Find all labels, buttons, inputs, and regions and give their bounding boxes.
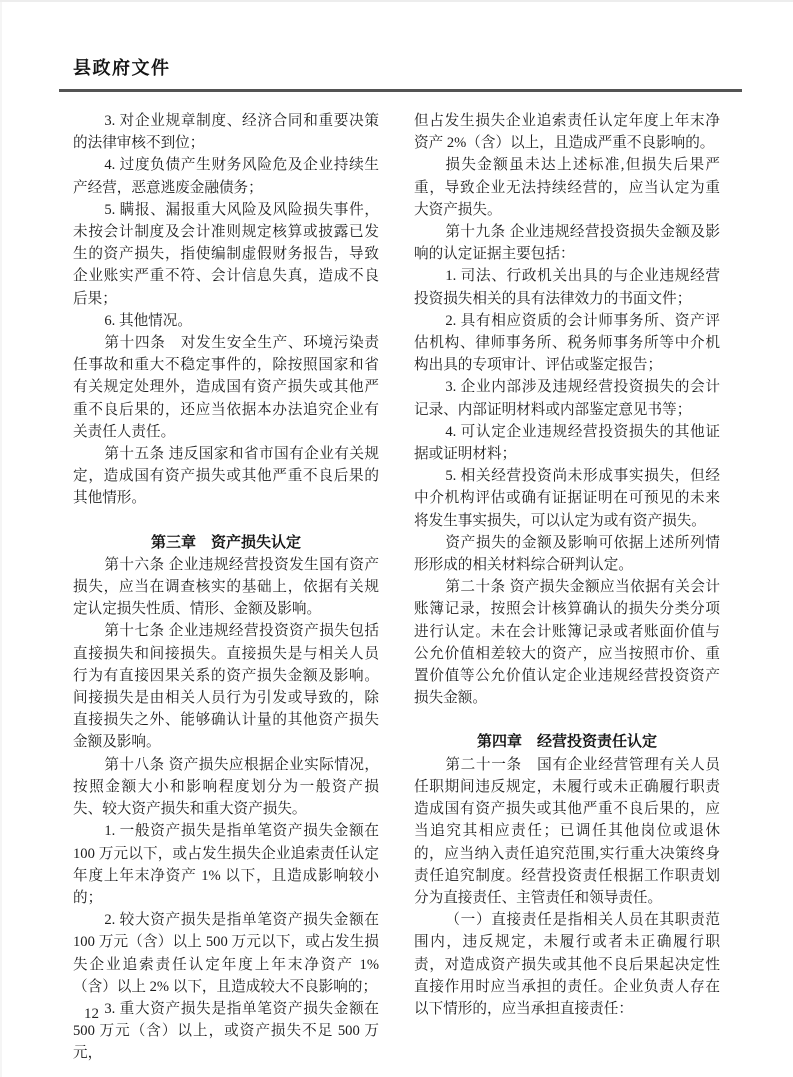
left-column: 3. 对企业规章制度、经济合同和重要决策的法律审核不到位；4. 过度负债产生财务… bbox=[73, 110, 379, 1065]
paragraph: 1. 一般资产损失是指单笔资产损失金额在 100 万元以下，或占发生损失企业追索… bbox=[73, 820, 379, 909]
paragraph: 6. 其他情况。 bbox=[73, 310, 379, 332]
paragraph: 第十六条 企业违规经营投资发生国有资产损失，应当在调查核实的基础上，依据有关规定… bbox=[73, 554, 379, 621]
paragraph: 第十九条 企业违规经营投资损失金额及影响的认定证据主要包括： bbox=[414, 221, 720, 265]
paragraph: 损失金额虽未达上述标准,但损失后果严重，导致企业无法持续经营的，应当认定为重大资… bbox=[414, 154, 720, 221]
paragraph: 3. 重大资产损失是指单笔资产损失金额在 500 万元（含）以上，或资产损失不足… bbox=[73, 998, 379, 1065]
two-column-body: 3. 对企业规章制度、经济合同和重要决策的法律审核不到位；4. 过度负债产生财务… bbox=[73, 110, 720, 1065]
paragraph: 第十七条 企业违规经营投资资产损失包括直接损失和间接损失。直接损失是与相关人员行… bbox=[73, 620, 379, 753]
section-heading: 第三章 资产损失认定 bbox=[73, 531, 379, 553]
paragraph: 5. 瞒报、漏报重大风险及风险损失事件，未按会计制度及会计准则规定核算或披露已发… bbox=[73, 199, 379, 310]
header-rule bbox=[59, 89, 742, 92]
paragraph: 资产损失的金额及影响可依据上述所列情形形成的相关材料综合研判认定。 bbox=[414, 532, 720, 576]
paragraph: 4. 可认定企业违规经营投资损失的其他证据或证明材料； bbox=[414, 421, 720, 465]
header-title: 县政府文件 bbox=[59, 57, 742, 81]
paragraph: 第十五条 违反国家和省市国有企业有关规定，造成国有资产损失或其他严重不良后果的其… bbox=[73, 443, 379, 510]
page-header: 县政府文件 bbox=[59, 57, 742, 92]
paragraph: 4. 过度负债产生财务风险危及企业持续生产经营，恶意逃废金融债务； bbox=[73, 154, 379, 198]
section-heading: 第四章 经营投资责任认定 bbox=[414, 730, 720, 752]
paragraph: 第十八条 资产损失应根据企业实际情况，按照金额大小和影响程度划分为一般资产损失、… bbox=[73, 754, 379, 821]
paragraph: 5. 相关经营投资尚未形成事实损失，但经中介机构评估或确有证据证明在可预见的未来… bbox=[414, 465, 720, 532]
page-footer: 12 bbox=[84, 1005, 99, 1023]
paragraph: 第二十条 资产损失金额应当依据有关会计账簿记录，按照会计核算确认的损失分类分项进… bbox=[414, 576, 720, 709]
page-number: 12 bbox=[84, 1006, 99, 1022]
paragraph: 第十四条 对发生安全生产、环境污染责任事故和重大不稳定事件的，除按照国家和省有关… bbox=[73, 332, 379, 443]
paragraph: （一）直接责任是指相关人员在其职责范围内，违反规定，未履行或者未正确履行职责，对… bbox=[414, 909, 720, 1020]
paragraph: 但占发生损失企业追索责任认定年度上年末净资产 2%（含）以上，且造成严重不良影响… bbox=[414, 110, 720, 154]
paragraph: 3. 企业内部涉及违规经营投资损失的会计记录、内部证明材料或内部鉴定意见书等； bbox=[414, 376, 720, 420]
paragraph: 3. 对企业规章制度、经济合同和重要决策的法律审核不到位； bbox=[73, 110, 379, 154]
paragraph: 2. 较大资产损失是指单笔资产损失金额在 100 万元（含）以上 500 万元以… bbox=[73, 909, 379, 998]
document-page: 县政府文件 3. 对企业规章制度、经济合同和重要决策的法律审核不到位；4. 过度… bbox=[0, 0, 793, 1077]
paragraph: 第二十一条 国有企业经营管理有关人员任职期间违反规定，未履行或未正确履行职责造成… bbox=[414, 754, 720, 909]
paragraph: 2. 具有相应资质的会计师事务所、资产评估机构、律师事务所、税务师事务所等中介机… bbox=[414, 310, 720, 377]
right-column: 但占发生损失企业追索责任认定年度上年末净资产 2%（含）以上，且造成严重不良影响… bbox=[414, 110, 720, 1065]
paragraph: 1. 司法、行政机关出具的与企业违规经营投资损失相关的具有法律效力的书面文件； bbox=[414, 265, 720, 309]
